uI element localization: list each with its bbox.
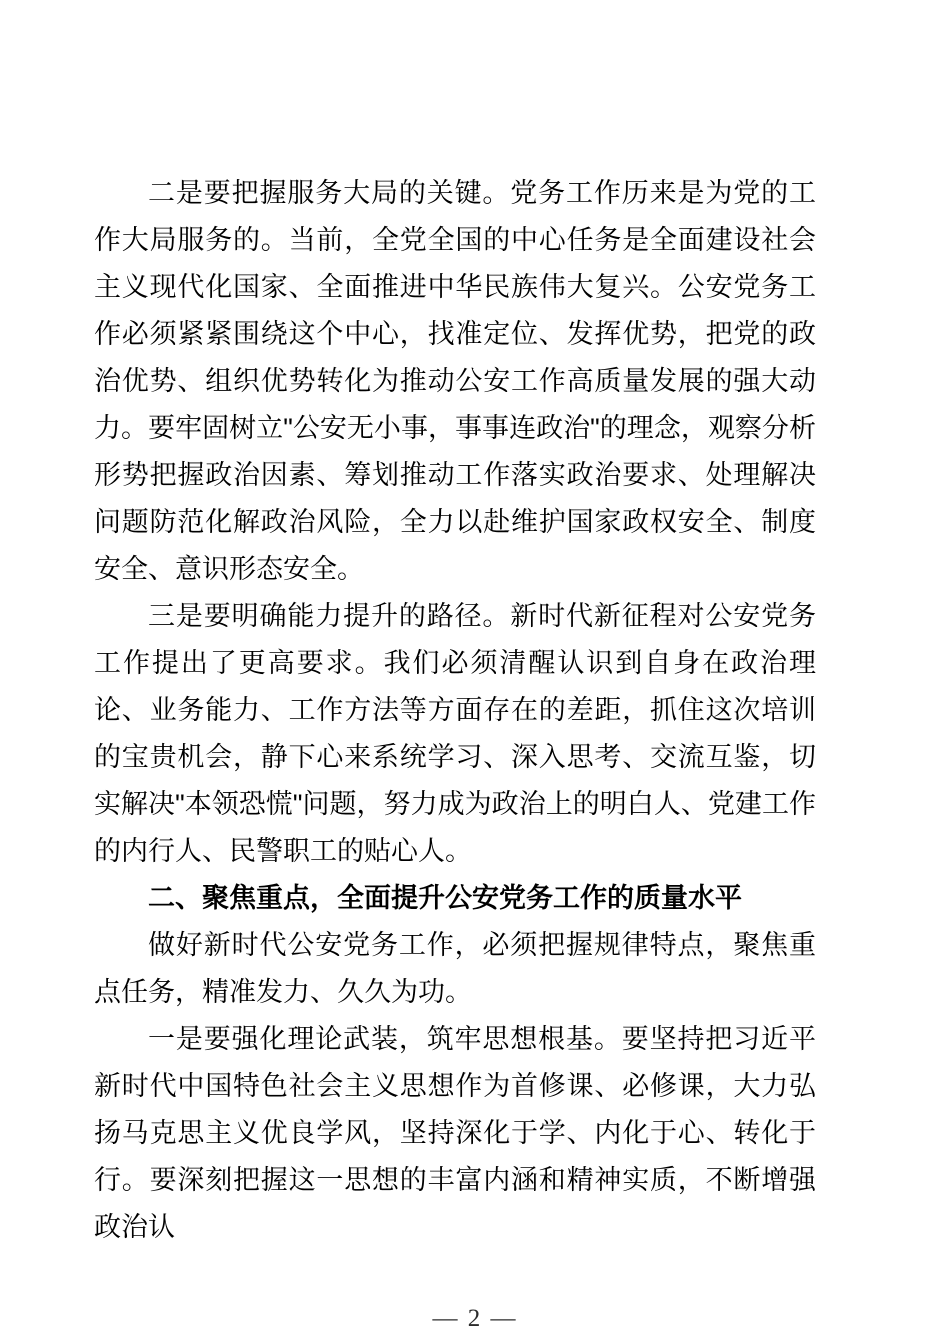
section-heading: 二、聚焦重点，全面提升公安党务工作的质量水平 [94,875,816,922]
document-body: 二是要把握服务大局的关键。党务工作历来是为党的工作大局服务的。当前，全党全国的中… [94,170,816,1251]
paragraph-service-overall: 二是要把握服务大局的关键。党务工作历来是为党的工作大局服务的。当前，全党全国的中… [94,170,816,593]
paragraph-focus-intro: 做好新时代公安党务工作，必须把握规律特点，聚焦重点任务，精准发力、久久为功。 [94,922,816,1016]
page-number: — 2 — [0,1305,950,1333]
paragraph-theory-arming: 一是要强化理论武装，筑牢思想根基。要坚持把习近平新时代中国特色社会主义思想作为首… [94,1016,816,1251]
document-page: 二是要把握服务大局的关键。党务工作历来是为党的工作大局服务的。当前，全党全国的中… [0,0,950,1344]
paragraph-capability-path: 三是要明确能力提升的路径。新时代新征程对公安党务工作提出了更高要求。我们必须清醒… [94,593,816,875]
